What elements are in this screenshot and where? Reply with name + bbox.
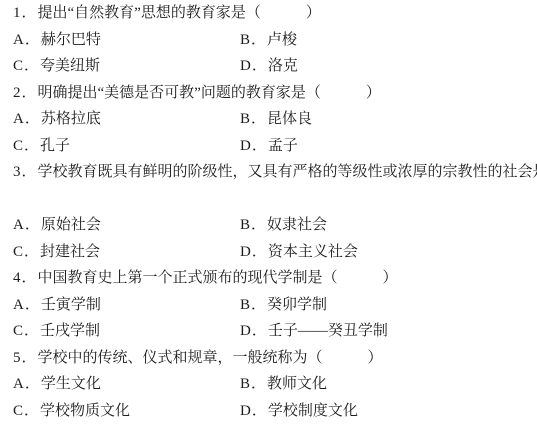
question-4-options-row-cd: C．壬戌学制 D．壬子——癸丑学制: [13, 318, 531, 345]
question-4-option-b: B．癸卯学制: [240, 292, 531, 319]
question-3-options-row-ab: A．原始社会 B．奴隶社会: [13, 212, 531, 239]
question-3-text: 3．学校教育既具有鲜明的阶级性，又具有严格的等级性或浓厚的宗教性的社会是: [13, 159, 531, 186]
option-c-text: 孔子: [40, 138, 70, 154]
option-b-text: 昆体良: [267, 111, 312, 127]
option-a-label: A．: [13, 32, 41, 48]
question-4-number: 4．: [13, 270, 38, 286]
question-2-options-row-cd: C．孔子 D．孟子: [13, 133, 531, 160]
question-5-option-a: A．学生文化: [13, 371, 240, 398]
option-d-text: 壬子——癸丑学制: [268, 323, 388, 339]
question-2-option-c: C．孔子: [13, 133, 240, 160]
question-5-options-row-ab: A．学生文化 B．教师文化: [13, 371, 531, 398]
option-a-label: A．: [13, 297, 41, 313]
option-c-label: C．: [13, 138, 40, 154]
question-2-stem: 明确提出“美德是否可教”问题的教育家是（ ）: [38, 85, 381, 101]
question-5-text: 5．学校中的传统、仪式和规章，一般统称为（ ）: [13, 345, 531, 372]
question-4-text: 4．中国教育史上第一个正式颁布的现代学制是（ ）: [13, 265, 531, 292]
question-1-options-row-cd: C．夸美纽斯 D．洛克: [13, 53, 531, 80]
question-2-option-a: A．苏格拉底: [13, 106, 240, 133]
option-d-label: D．: [240, 403, 268, 419]
exam-document: 1．提出“自然教育”思想的教育家是（ ） A．赫尔巴特 B．卢梭 C．夸美纽斯 …: [0, 0, 537, 424]
option-d-label: D．: [240, 244, 268, 260]
question-1-option-b: B．卢梭: [240, 27, 531, 54]
option-c-label: C．: [13, 323, 40, 339]
question-3-blank-line: [13, 186, 531, 213]
question-4-stem: 中国教育史上第一个正式颁布的现代学制是（ ）: [38, 270, 398, 286]
option-c-label: C．: [13, 403, 40, 419]
question-5-number: 5．: [13, 350, 38, 366]
question-5-option-d: D．学校制度文化: [240, 398, 531, 424]
option-a-text: 苏格拉底: [41, 111, 101, 127]
option-d-label: D．: [240, 138, 268, 154]
question-1-option-d: D．洛克: [240, 53, 531, 80]
question-2-option-d: D．孟子: [240, 133, 531, 160]
option-b-text: 卢梭: [267, 32, 297, 48]
option-a-text: 赫尔巴特: [41, 32, 101, 48]
option-d-text: 学校制度文化: [268, 403, 358, 419]
option-d-text: 孟子: [268, 138, 298, 154]
option-b-text: 奴隶社会: [267, 217, 327, 233]
option-b-label: B．: [240, 297, 267, 313]
question-1-stem: 提出“自然教育”思想的教育家是（ ）: [38, 5, 321, 21]
option-c-text: 夸美纽斯: [40, 58, 100, 74]
question-3-stem: 学校教育既具有鲜明的阶级性，又具有严格的等级性或浓厚的宗教性的社会是: [38, 164, 537, 180]
option-a-label: A．: [13, 376, 41, 392]
question-3-option-a: A．原始社会: [13, 212, 240, 239]
question-3-option-b: B．奴隶社会: [240, 212, 531, 239]
question-3-number: 3．: [13, 164, 38, 180]
question-3-option-d: D．资本主义社会: [240, 239, 531, 266]
option-a-text: 原始社会: [41, 217, 101, 233]
question-4-option-d: D．壬子——癸丑学制: [240, 318, 531, 345]
option-c-text: 学校物质文化: [40, 403, 130, 419]
question-1-number: 1．: [13, 5, 38, 21]
question-5-options-row-cd: C．学校物质文化 D．学校制度文化: [13, 398, 531, 424]
option-d-text: 资本主义社会: [268, 244, 358, 260]
option-a-label: A．: [13, 111, 41, 127]
question-5-stem: 学校中的传统、仪式和规章，一般统称为（ ）: [38, 350, 383, 366]
option-a-text: 学生文化: [41, 376, 101, 392]
question-2-options-row-ab: A．苏格拉底 B．昆体良: [13, 106, 531, 133]
option-a-label: A．: [13, 217, 41, 233]
question-4-option-a: A．壬寅学制: [13, 292, 240, 319]
option-a-text: 壬寅学制: [41, 297, 101, 313]
option-d-label: D．: [240, 58, 268, 74]
option-c-text: 壬戌学制: [40, 323, 100, 339]
option-b-label: B．: [240, 217, 267, 233]
option-b-text: 癸卯学制: [267, 297, 327, 313]
question-4-option-c: C．壬戌学制: [13, 318, 240, 345]
question-1-option-c: C．夸美纽斯: [13, 53, 240, 80]
option-c-label: C．: [13, 244, 40, 260]
option-b-label: B．: [240, 376, 267, 392]
option-c-text: 封建社会: [40, 244, 100, 260]
question-4-options-row-ab: A．壬寅学制 B．癸卯学制: [13, 292, 531, 319]
option-b-label: B．: [240, 32, 267, 48]
option-d-text: 洛克: [268, 58, 298, 74]
question-1-option-a: A．赫尔巴特: [13, 27, 240, 54]
question-2-number: 2．: [13, 85, 38, 101]
question-1-options-row-ab: A．赫尔巴特 B．卢梭: [13, 27, 531, 54]
option-d-label: D．: [240, 323, 268, 339]
option-c-label: C．: [13, 58, 40, 74]
option-b-text: 教师文化: [267, 376, 327, 392]
question-3-option-c: C．封建社会: [13, 239, 240, 266]
question-2-text: 2．明确提出“美德是否可教”问题的教育家是（ ）: [13, 80, 531, 107]
question-5-option-c: C．学校物质文化: [13, 398, 240, 424]
option-b-label: B．: [240, 111, 267, 127]
question-1-text: 1．提出“自然教育”思想的教育家是（ ）: [13, 0, 531, 27]
question-5-option-b: B．教师文化: [240, 371, 531, 398]
question-2-option-b: B．昆体良: [240, 106, 531, 133]
question-3-options-row-cd: C．封建社会 D．资本主义社会: [13, 239, 531, 266]
